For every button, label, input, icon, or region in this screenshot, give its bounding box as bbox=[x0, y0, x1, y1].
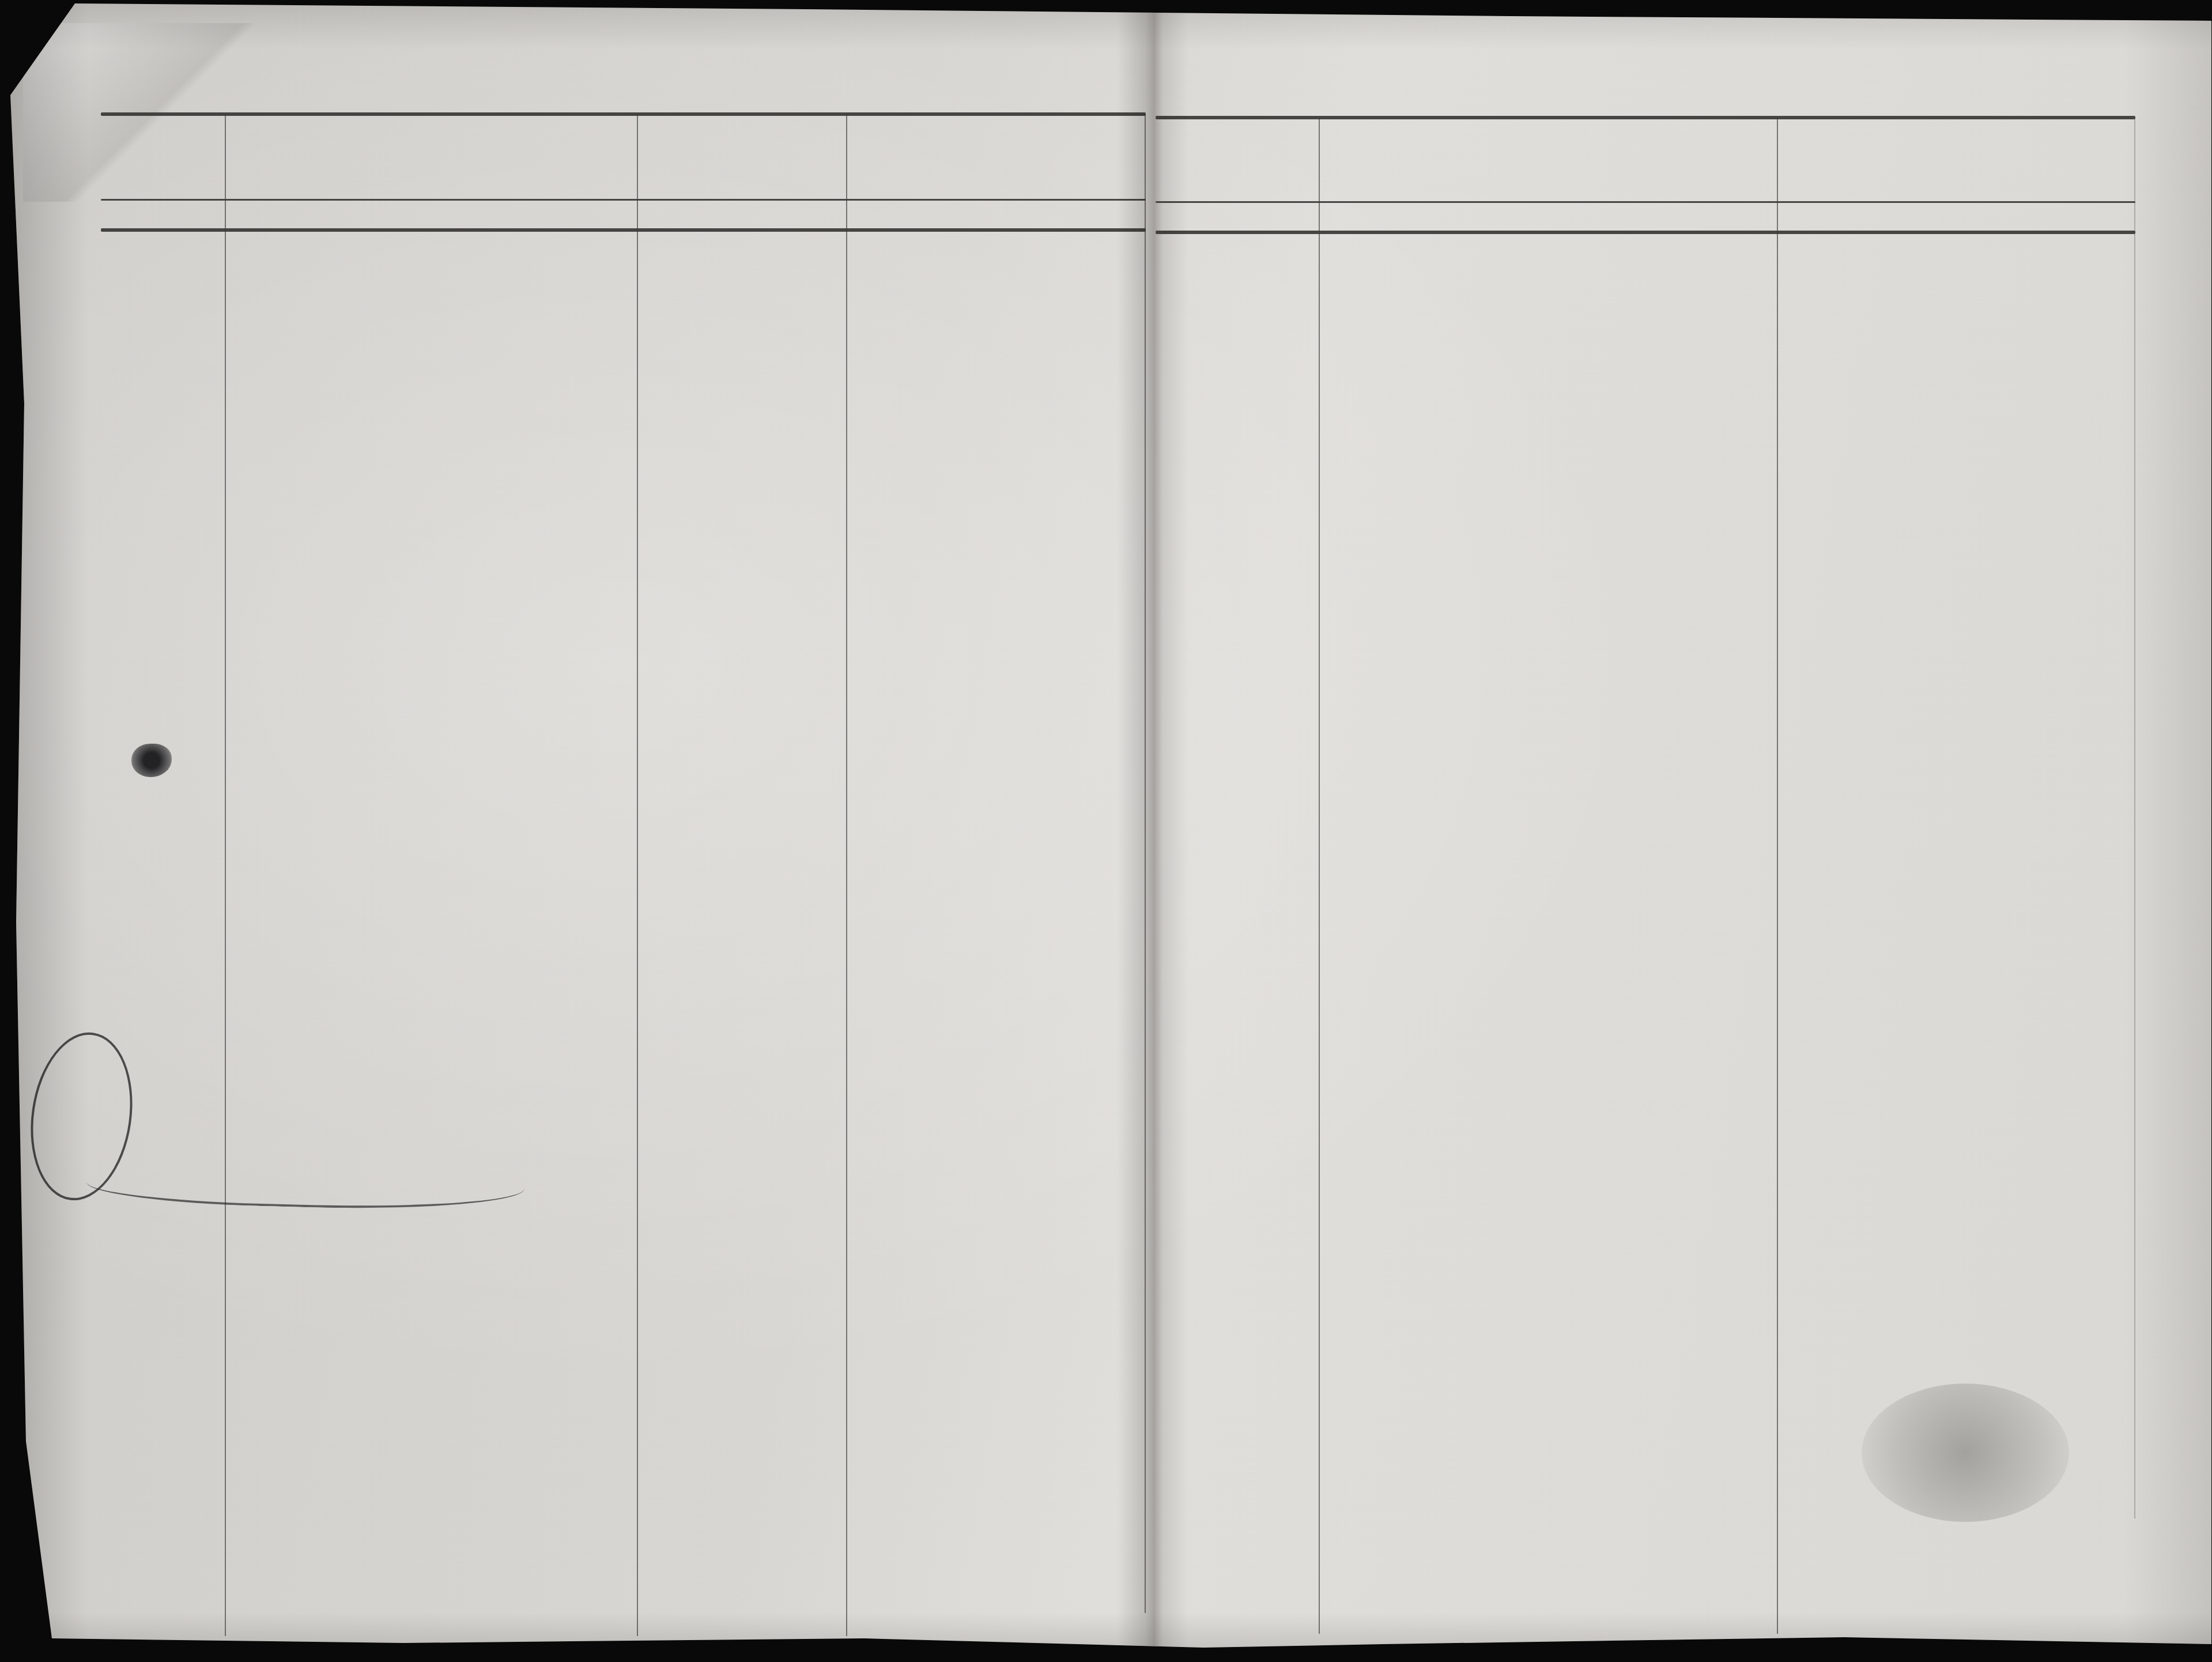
column-divider bbox=[2134, 118, 2135, 1518]
header-separator-right bbox=[1156, 201, 2135, 203]
column-divider bbox=[1145, 114, 1146, 1613]
smudge-stain bbox=[1862, 1384, 2069, 1522]
header-bottom-rule-left bbox=[101, 228, 1146, 232]
paper-sheet bbox=[0, 0, 2212, 1662]
column-divider bbox=[846, 114, 847, 1636]
table-top-rule-left bbox=[101, 112, 1146, 116]
header-separator-left bbox=[101, 199, 1146, 201]
ink-blot bbox=[131, 744, 172, 777]
table-top-rule-right bbox=[1156, 116, 2135, 119]
circle-annotation-tail bbox=[86, 1153, 525, 1213]
column-divider bbox=[637, 114, 638, 1636]
center-fold-shadow bbox=[1117, 0, 1188, 1662]
column-divider bbox=[1319, 118, 1320, 1634]
column-divider bbox=[225, 114, 226, 1636]
header-bottom-rule-right bbox=[1156, 231, 2135, 234]
scanned-register-page bbox=[0, 0, 2212, 1662]
column-divider bbox=[1777, 118, 1778, 1634]
